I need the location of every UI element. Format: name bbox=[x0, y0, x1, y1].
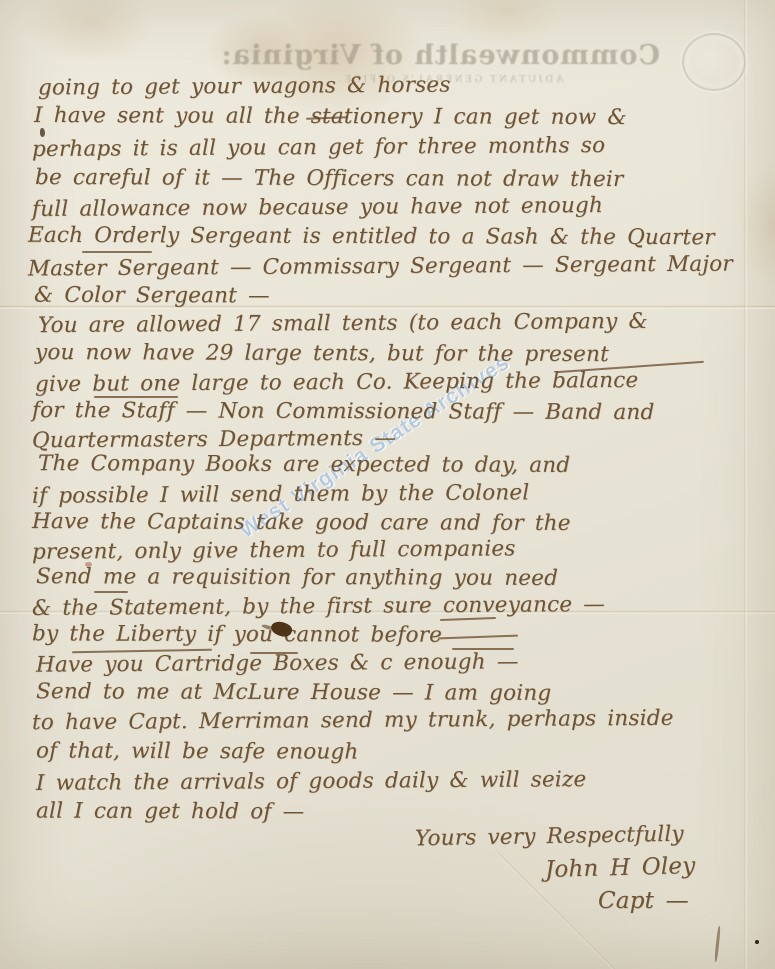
ink-underline-mark bbox=[452, 648, 514, 650]
handwritten-line: Quartermasters Departments — bbox=[32, 426, 396, 454]
handwritten-line: Have the Captains take good care and for… bbox=[32, 509, 571, 536]
handwritten-line: & the Statement, by the first sure conve… bbox=[32, 592, 605, 621]
handwritten-line: going to get your wagons & horses bbox=[38, 73, 451, 101]
closing-salutation: Yours very Respectfully bbox=[415, 822, 684, 852]
embossed-seal bbox=[682, 33, 746, 91]
handwritten-line: full allowance now because you have not … bbox=[32, 193, 603, 222]
handwritten-line: I watch the arrivals of goods daily & wi… bbox=[36, 767, 587, 796]
fold-crease-vertical bbox=[744, 0, 747, 969]
signature: John H Oley bbox=[545, 853, 696, 883]
ink-strike-mark bbox=[438, 635, 518, 639]
handwritten-line: if possible I will send them by the Colo… bbox=[32, 480, 530, 508]
handwritten-line: Master Sergeant — Commissary Sergeant — … bbox=[28, 252, 733, 282]
handwritten-line: perhaps it is all you can get for three … bbox=[32, 133, 605, 162]
handwritten-line: to have Capt. Merriman send my trunk, pe… bbox=[32, 706, 674, 735]
ink-underline-mark bbox=[82, 251, 152, 253]
ink-speck bbox=[755, 940, 759, 944]
handwritten-line: be careful of it — The Officers can not … bbox=[35, 165, 624, 192]
letter-page: Commonwealth of Virginia: ADJUTANT GENER… bbox=[0, 0, 775, 969]
ink-underline-mark bbox=[94, 591, 128, 593]
handwritten-line: for the Staff — Non Commissioned Staff —… bbox=[32, 398, 655, 425]
handwritten-line: Send me a requisition for anything you n… bbox=[36, 564, 558, 591]
ink-underline-mark bbox=[94, 396, 178, 398]
ink-speck bbox=[40, 128, 45, 137]
ink-speck bbox=[85, 562, 92, 567]
handwritten-line: present, only give them to full companie… bbox=[32, 536, 516, 564]
letterhead-title: Commonwealth of Virginia: bbox=[240, 40, 660, 71]
handwritten-line: give but one large to each Co. Keeping t… bbox=[35, 368, 639, 397]
handwritten-line: The Company Books are expected to day, a… bbox=[38, 451, 570, 478]
handwritten-line: all I can get hold of — bbox=[36, 799, 304, 825]
handwritten-line: Each Orderly Sergeant is entitled to a S… bbox=[28, 223, 715, 250]
ink-underline-mark bbox=[250, 652, 298, 654]
ink-stray-stroke bbox=[714, 926, 721, 962]
handwritten-line: You are allowed 17 small tents (to each … bbox=[38, 309, 648, 338]
handwritten-line: you now have 29 large tents, but for the… bbox=[35, 340, 609, 367]
handwritten-line: Send to me at McLure House — I am going bbox=[36, 679, 551, 706]
handwritten-line: & Color Sergeant — bbox=[34, 283, 270, 309]
signature-rank: Capt — bbox=[598, 888, 689, 914]
handwritten-line: of that, will be safe enough bbox=[36, 738, 359, 764]
handwritten-line: by the Liberty if you cannot before bbox=[32, 621, 442, 647]
